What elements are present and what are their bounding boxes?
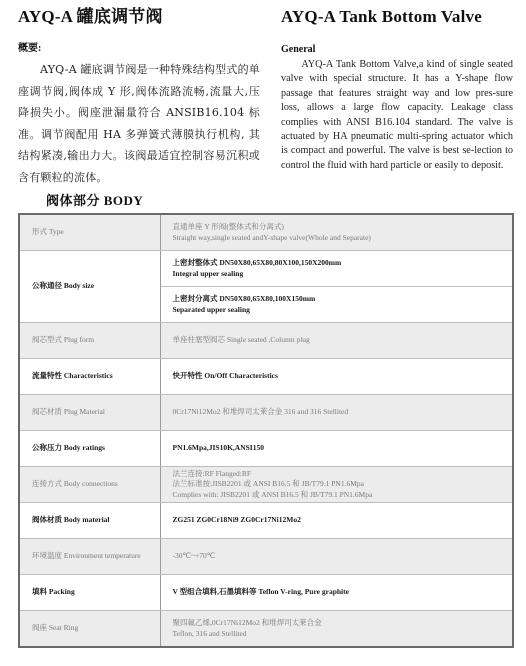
table-row-plug-form: 阀芯型式 Plug form 单座柱塞型阀芯 Single seated ,Co… — [19, 323, 513, 359]
row-value: 直通单座 Y 形阀(整体式和分离式) Straight way,single s… — [160, 214, 513, 251]
value-line: Complies with: JISB2201 或 ANSI B16.5 和 J… — [173, 490, 501, 501]
value-line: Teflon, 316 and Stellited — [173, 629, 501, 640]
row-value: 单座柱塞型阀芯 Single seated ,Column plug — [160, 323, 513, 359]
value-line: Separated upper sealing — [173, 305, 501, 316]
row-value-separated: 上密封分离式 DN50X80,65X80,100X150mm Separated… — [160, 287, 513, 323]
row-value: PN1.6Mpa,JIS10K,ANSI150 — [160, 431, 513, 467]
table-row-environment-temperature: 环境温度 Environment temperature -30℃~+70℃ — [19, 539, 513, 575]
english-column: AYQ-A Tank Bottom Valve General AYQ-A Ta… — [281, 6, 513, 173]
row-label: 公称通径 Body size — [19, 251, 160, 323]
table-row-body-material: 阀体材质 Body material ZG251 ZG0Cr18Ni9 ZG0C… — [19, 503, 513, 539]
body-spec-table: 形式 Type 直通单座 Y 形阀(整体式和分离式) Straight way,… — [18, 213, 514, 648]
table-row-body-connections: 连接方式 Body connections 法兰连接:RF Flanged:RF… — [19, 467, 513, 503]
value-line: Integral upper sealing — [173, 269, 501, 280]
row-label: 连接方式 Body connections — [19, 467, 160, 503]
value-line: 直通单座 Y 形阀(整体式和分离式) — [173, 222, 501, 233]
row-label: 阀体材质 Body material — [19, 503, 160, 539]
table-row-body-ratings: 公称压力 Body ratings PN1.6Mpa,JIS10K,ANSI15… — [19, 431, 513, 467]
row-label: 流量特性 Characteristics — [19, 359, 160, 395]
table-row-type: 形式 Type 直通单座 Y 形阀(整体式和分离式) Straight way,… — [19, 214, 513, 251]
table-row-plug-material: 阀芯材质 Plug Material 0Cr17Ni12Mo2 和堆焊司太莱合金… — [19, 395, 513, 431]
row-value: 0Cr17Ni12Mo2 和堆焊司太莱合金 316 and 316 Stelli… — [160, 395, 513, 431]
value-line: 法兰连接:RF Flanged:RF — [173, 469, 501, 480]
table-row-packing: 填料 Packing V 型组合填料,石墨填料等 Teflon V-ring, … — [19, 575, 513, 611]
row-label: 填料 Packing — [19, 575, 160, 611]
page-title-english: AYQ-A Tank Bottom Valve — [281, 6, 513, 28]
value-line: 0Cr17Ni12Mo2 和堆焊司太莱合金 316 and 316 Stelli… — [173, 407, 501, 418]
row-value: 快开特性 On/Off Characteristics — [160, 359, 513, 395]
row-label: 阀芯材质 Plug Material — [19, 395, 160, 431]
value-line: 上密封整体式 DN50X80,65X80,80X100,150X200mm — [173, 258, 501, 269]
row-value: ZG251 ZG0Cr18Ni9 ZG0Cr17Ni12Mo2 — [160, 503, 513, 539]
value-line: ZG251 ZG0Cr18Ni9 ZG0Cr17Ni12Mo2 — [173, 515, 501, 526]
table-row-body-size: 公称通径 Body size 上密封整体式 DN50X80,65X80,80X1… — [19, 251, 513, 287]
value-line: 聚四氟乙烯,0Cr17Ni12Mo2 和堆焊司太莱合金 — [173, 618, 501, 629]
value-line: 上密封分离式 DN50X80,65X80,100X150mm — [173, 294, 501, 305]
row-label: 形式 Type — [19, 214, 160, 251]
row-value: 法兰连接:RF Flanged:RF 法兰标准按:JISB2201 或 ANSI… — [160, 467, 513, 503]
overview-heading-english: General — [281, 43, 513, 57]
row-label: 阀芯型式 Plug form — [19, 323, 160, 359]
row-label: 公称压力 Body ratings — [19, 431, 160, 467]
row-value: V 型组合填料,石墨填料等 Teflon V-ring, Pure graphi… — [160, 575, 513, 611]
overview-paragraph-chinese: AYQ-A 罐底调节阀是一种特殊结构型式的单座调节阀,阀体成 Y 形,阀体流路流… — [18, 59, 260, 188]
value-line: V 型组合填料,石墨填料等 Teflon V-ring, Pure graphi… — [173, 587, 501, 598]
overview-paragraph-english: AYQ-A Tank Bottom Valve,a kind of single… — [281, 58, 513, 173]
table-row-seat-ring: 阀座 Seat Ring 聚四氟乙烯,0Cr17Ni12Mo2 和堆焊司太莱合金… — [19, 611, 513, 648]
row-value: -30℃~+70℃ — [160, 539, 513, 575]
value-line: Straight way,single seated andY-shape va… — [173, 233, 501, 244]
chinese-column: AYQ-A 罐底调节阀 概要: AYQ-A 罐底调节阀是一种特殊结构型式的单座调… — [18, 6, 260, 188]
overview-heading-chinese: 概要: — [18, 42, 260, 56]
value-line: -30℃~+70℃ — [173, 551, 501, 562]
row-value: 聚四氟乙烯,0Cr17Ni12Mo2 和堆焊司太莱合金 Teflon, 316 … — [160, 611, 513, 648]
value-line: 快开特性 On/Off Characteristics — [173, 371, 501, 382]
value-line: PN1.6Mpa,JIS10K,ANSI150 — [173, 443, 501, 454]
row-label: 阀座 Seat Ring — [19, 611, 160, 648]
row-value-integral: 上密封整体式 DN50X80,65X80,80X100,150X200mm In… — [160, 251, 513, 287]
table-row-characteristics: 流量特性 Characteristics 快开特性 On/Off Charact… — [19, 359, 513, 395]
value-line: 单座柱塞型阀芯 Single seated ,Column plug — [173, 335, 501, 346]
value-line: 法兰标准按:JISB2201 或 ANSI B16.5 和 JB/T79.1 P… — [173, 479, 501, 490]
row-label: 环境温度 Environment temperature — [19, 539, 160, 575]
page-title-chinese: AYQ-A 罐底调节阀 — [18, 6, 260, 28]
body-section-title: 阀体部分 BODY — [46, 190, 143, 209]
